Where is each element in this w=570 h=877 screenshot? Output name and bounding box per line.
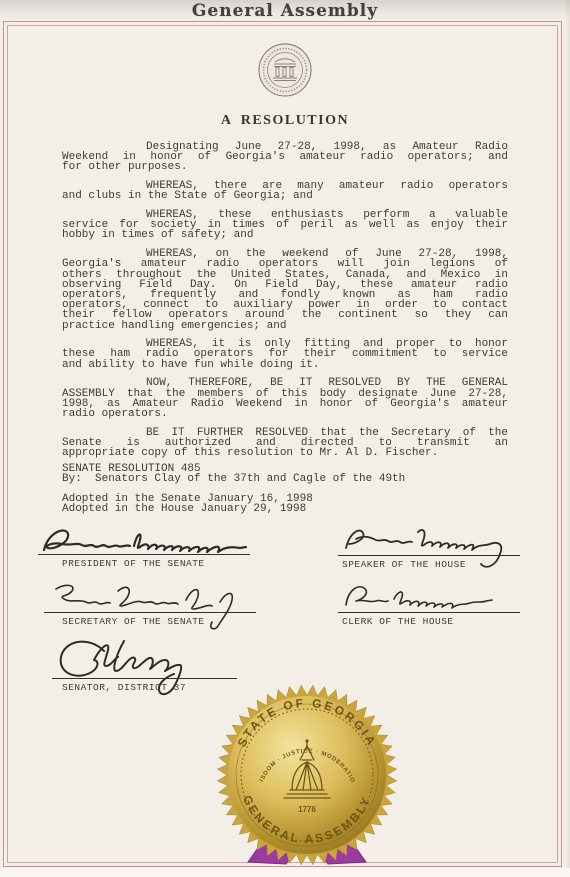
signature-block-clerk: CLERK OF THE HOUSE [338,580,520,627]
seal-year: 1776 [298,805,316,814]
signature-clerk-handwriting [338,580,520,613]
text-line: hobby in times of safety; and [62,230,508,240]
adopted-house-line: Adopted in the House January 29, 1998 [62,504,405,514]
gold-foil-seal: STATE OF GEORGIA GENERAL ASSEMBLY WISDOM… [214,684,400,866]
signature-title: PRESIDENT OF THE SENATE [38,558,250,569]
body-paragraph: BE IT FURTHER RESOLVED that the Secretar… [62,428,508,459]
body-paragraph: WHEREAS, on the weekend of June 27-28, 1… [62,249,508,331]
signature-secretary-handwriting [44,579,256,613]
resolution-meta: SENATE RESOLUTION 485 By: Senators Clay … [62,464,405,515]
text-line: appropriate copy of this resolution to M… [62,448,508,458]
sponsors-line: By: Senators Clay of the 37th and Cagle … [62,474,405,484]
body-paragraph: Designating June 27-28, 1998, as Amateur… [62,142,508,173]
text-line: practice handling emergencies; and [62,321,508,331]
signature-speaker-handwriting [338,522,520,556]
signature-title: CLERK OF THE HOUSE [338,616,520,627]
resolution-title: A RESOLUTION [0,113,570,129]
signature-title: SENATOR, DISTRICT 37 [52,682,237,693]
signature-block-secretary: SECRETARY OF THE SENATE [44,579,256,627]
text-line: radio operators. [62,409,508,419]
text-line: and ability to have fun while doing it. [62,360,508,370]
body-paragraph: NOW, THEREFORE, BE IT RESOLVED BY THE GE… [62,378,508,419]
resolution-body: Designating June 27-28, 1998, as Amateur… [62,142,508,467]
georgia-seal-emblem-icon [258,43,312,97]
signature-president-handwriting [38,524,250,555]
body-paragraph: WHEREAS, it is only fitting and proper t… [62,339,508,370]
signature-senator-handwriting [52,633,237,679]
text-line: Georgia's amateur radio operators will j… [62,259,508,269]
scan-bottom-edge [0,868,570,877]
signature-block-senator: SENATOR, DISTRICT 37 [52,633,237,693]
text-line: and clubs in the State of Georgia; and [62,191,508,201]
scan-right-shading [564,0,570,877]
body-paragraph: WHEREAS, these enthusiasts perform a val… [62,210,508,241]
page-title: General Assembly [0,1,570,21]
body-paragraph: WHEREAS, there are many amateur radio op… [62,181,508,201]
signature-block-president: PRESIDENT OF THE SENATE [38,524,250,569]
text-line: for other purposes. [62,162,508,172]
signature-block-speaker: SPEAKER OF THE HOUSE [338,522,520,570]
resolution-document: General Assembly A RESOLUTION Designatin… [0,0,570,877]
